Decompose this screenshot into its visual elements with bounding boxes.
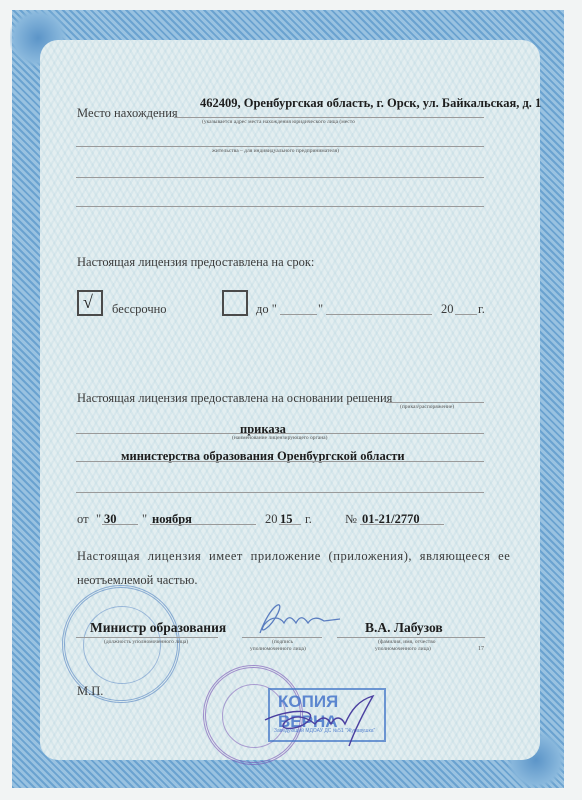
date-day-line bbox=[102, 524, 138, 525]
location-hint-2: жительства – для индивидуального предпри… bbox=[212, 148, 339, 154]
date-year-prefix: 20 bbox=[265, 512, 278, 527]
seal-label: М.П. bbox=[77, 684, 103, 699]
basis-heading: Настоящая лицензия предоставлена на осно… bbox=[77, 391, 392, 406]
corner-mark: 17 bbox=[478, 646, 484, 652]
until-year-line bbox=[455, 314, 477, 315]
blank-line bbox=[76, 492, 484, 493]
indefinite-label: бессрочно bbox=[112, 302, 167, 317]
name-line bbox=[337, 637, 485, 638]
authority-hint: (наименование лицензирующего органа) bbox=[232, 435, 327, 441]
until-year-prefix: 20 bbox=[441, 302, 454, 317]
term-heading: Настоящая лицензия предоставлена на срок… bbox=[77, 255, 314, 270]
location-line bbox=[174, 117, 484, 118]
appendix-note-1: Настоящая лицензия имеет приложение (при… bbox=[77, 549, 510, 564]
signature-line bbox=[242, 637, 322, 638]
until-day-line bbox=[280, 314, 317, 315]
until-label: до " bbox=[256, 302, 277, 317]
name-hint-2: уполномоченного лица) bbox=[375, 646, 431, 652]
location-hint-1: (указывается адрес места нахождения юрид… bbox=[202, 119, 355, 125]
until-checkbox[interactable] bbox=[222, 290, 248, 316]
location-label: Место нахождения bbox=[77, 106, 178, 121]
date-month-line bbox=[150, 524, 256, 525]
date-year-line bbox=[279, 524, 301, 525]
signature-icon bbox=[240, 595, 350, 640]
date-quote-open: " bbox=[96, 512, 101, 527]
number-line bbox=[360, 524, 444, 525]
number-sign: № bbox=[345, 512, 357, 527]
check-mark-icon: √ bbox=[83, 292, 93, 313]
until-month-line bbox=[326, 314, 432, 315]
license-page: Место нахождения 462409, Оренбургская об… bbox=[0, 0, 582, 800]
signatory-name: В.А. Лабузов bbox=[365, 620, 443, 636]
signature-hint-2: уполномоченного лица) bbox=[250, 646, 306, 652]
basis-order-hint: (приказ/распоряжение) bbox=[400, 404, 454, 410]
signatory-position: Министр образования bbox=[90, 620, 226, 636]
date-year-unit: г. bbox=[305, 512, 312, 527]
date-quote-close: " bbox=[142, 512, 147, 527]
certifying-signature-icon bbox=[255, 690, 385, 750]
until-quote: " bbox=[318, 302, 323, 317]
until-year-suffix: г. bbox=[478, 302, 485, 317]
name-hint-1: (фамилия, имя, отчество bbox=[378, 639, 436, 645]
basis-line bbox=[386, 402, 484, 403]
decision-line bbox=[76, 433, 484, 434]
indefinite-checkbox[interactable]: √ bbox=[77, 290, 103, 316]
authority-line bbox=[76, 461, 484, 462]
location-line-2 bbox=[76, 146, 484, 147]
signature-hint-1: (подпись bbox=[272, 639, 293, 645]
blank-line bbox=[76, 206, 484, 207]
date-prefix: от bbox=[77, 512, 89, 527]
appendix-note-2: неотъемлемой частью. bbox=[77, 573, 197, 588]
blank-line bbox=[76, 177, 484, 178]
position-hint: (должность уполномоченного лица) bbox=[104, 639, 188, 645]
location-value: 462409, Оренбургская область, г. Орск, у… bbox=[200, 96, 541, 111]
position-line bbox=[76, 637, 218, 638]
